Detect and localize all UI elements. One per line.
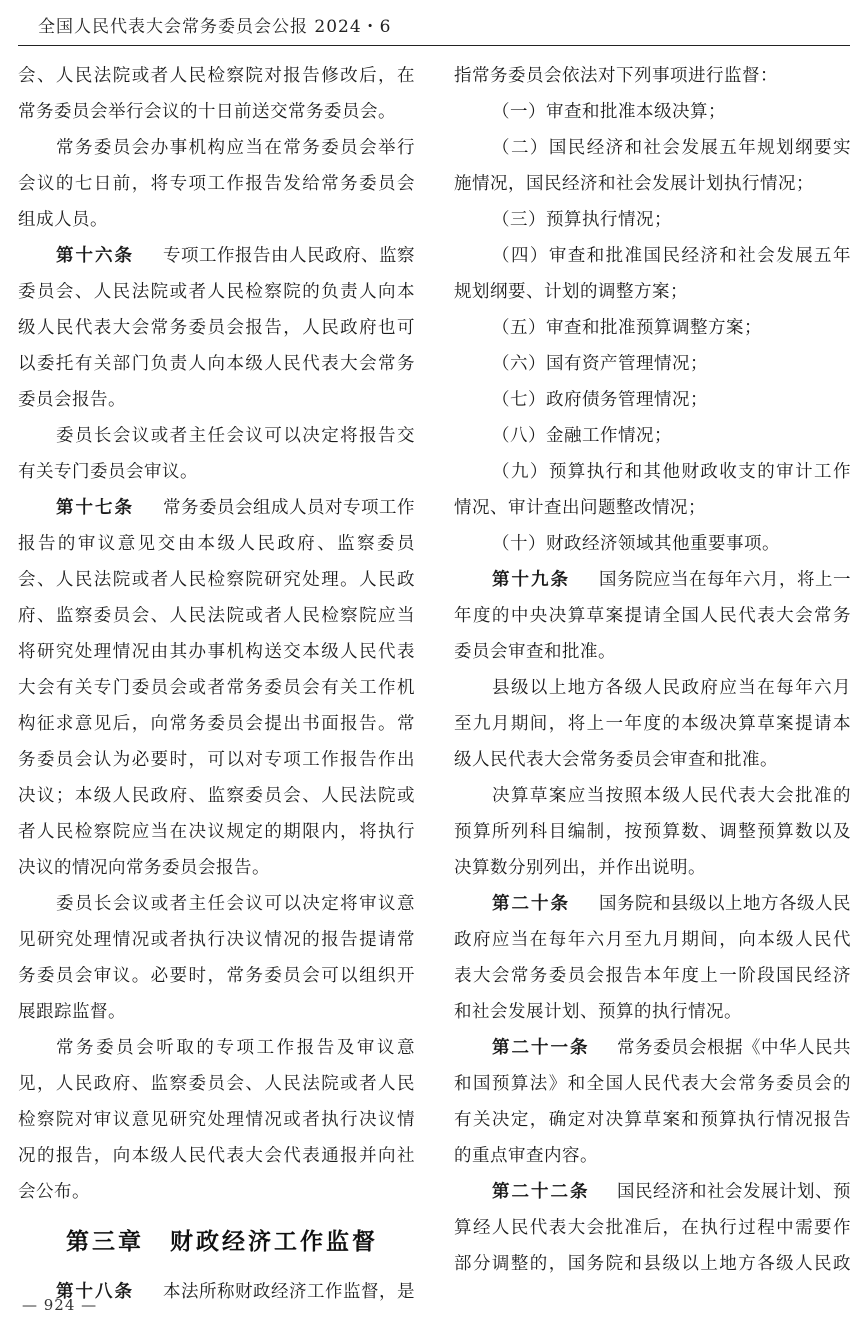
text-line: 务委员会审议。必要时，常务委员会可以组织开: [18, 958, 415, 994]
line-text: 决算草案应当按照本级人民代表大会批准的: [492, 786, 851, 806]
article-line: 第二十条国务院和县级以上地方各级人民: [454, 886, 851, 922]
left-column: 会、人民法院或者人民检察院对报告修改后，在常务委员会举行会议的十日前送交常务委员…: [18, 58, 415, 1310]
line-text: 和社会发展计划、预算的执行情况。: [454, 1002, 742, 1022]
text-line: 委员长会议或者主任会议可以决定将报告交: [18, 418, 415, 454]
page-header: 全国人民代表大会常务委员会公报 2024・6: [18, 0, 850, 46]
text-line: 年度的中央决算草案提请全国人民代表大会常务: [454, 598, 851, 634]
text-line: （二）国民经济和社会发展五年规划纲要实: [454, 130, 851, 166]
text-line: 务委员会认为必要时，可以对专项工作报告作出: [18, 742, 415, 778]
line-text: 构征求意见后，向常务委员会提出书面报告。常: [18, 714, 415, 734]
line-text: 会、人民法院或者人民检察院对报告修改后，在: [18, 66, 415, 86]
text-line: 决议；本级人民政府、监察委员会、人民法院或: [18, 778, 415, 814]
line-text: 表大会常务委员会报告本年度上一阶段国民经济: [454, 966, 851, 986]
line-text: 务委员会审议。必要时，常务委员会可以组织开: [18, 966, 415, 986]
text-line: 会公布。: [18, 1174, 415, 1210]
chapter-title: 财政经济工作监督: [170, 1229, 378, 1255]
line-text: 县级以上地方各级人民政府应当在每年六月: [492, 678, 851, 698]
text-line: 将研究处理情况由其办事机构送交本级人民代表: [18, 634, 415, 670]
line-text: 将研究处理情况由其办事机构送交本级人民代表: [18, 642, 415, 662]
line-text: （六）国有资产管理情况；: [492, 354, 708, 374]
line-text: 情况、审计查出问题整改情况；: [454, 498, 706, 518]
text-line: 委员会、人民法院或者人民检察院的负责人向本: [18, 274, 415, 310]
text-line: 施情况，国民经济和社会发展计划执行情况；: [454, 166, 851, 202]
right-column: 指常务委员会依法对下列事项进行监督：（一）审查和批准本级决算；（二）国民经济和社…: [454, 58, 851, 1282]
journal-title: 全国人民代表大会常务委员会公报 2024・6: [38, 12, 391, 37]
line-text: （五）审查和批准预算调整方案；: [492, 318, 762, 338]
text-line: 会、人民法院或者人民检察院研究处理。人民政: [18, 562, 415, 598]
text-line: 指常务委员会依法对下列事项进行监督：: [454, 58, 851, 94]
line-text: 决议；本级人民政府、监察委员会、人民法院或: [18, 786, 415, 806]
text-line: 况的报告，向本级人民代表大会代表通报并向社: [18, 1138, 415, 1174]
text-line: 展跟踪监督。: [18, 994, 415, 1030]
chapter-heading: 第三章财政经济工作监督: [18, 1210, 415, 1274]
article-line: 第二十一条常务委员会根据《中华人民共: [454, 1030, 851, 1066]
text-line: 的重点审查内容。: [454, 1138, 851, 1174]
line-text: 年度的中央决算草案提请全国人民代表大会常务: [454, 606, 851, 626]
text-line: 表大会常务委员会报告本年度上一阶段国民经济: [454, 958, 851, 994]
line-text: 况的报告，向本级人民代表大会代表通报并向社: [18, 1146, 415, 1166]
line-text: 委员长会议或者主任会议可以决定将审议意: [56, 894, 415, 914]
article-number: 第二十二条: [492, 1174, 590, 1210]
article-number: 第十七条: [56, 490, 134, 526]
text-line: （七）政府债务管理情况；: [454, 382, 851, 418]
text-line: 常务委员会办事机构应当在常务委员会举行: [18, 130, 415, 166]
text-line: 常务委员会听取的专项工作报告及审议意: [18, 1030, 415, 1066]
text-line: 县级以上地方各级人民政府应当在每年六月: [454, 670, 851, 706]
text-line: （八）金融工作情况；: [454, 418, 851, 454]
text-line: 见，人民政府、监察委员会、人民法院或者人民: [18, 1066, 415, 1102]
line-text: 国务院应当在每年六月，将上一: [599, 562, 851, 598]
line-text: 施情况，国民经济和社会发展计划执行情况；: [454, 174, 814, 194]
text-line: 大会有关专门委员会或者常务委员会有关工作机: [18, 670, 415, 706]
text-line: 决算草案应当按照本级人民代表大会批准的: [454, 778, 851, 814]
line-text: 部分调整的，国务院和县级以上地方各级人民政: [454, 1254, 851, 1274]
article-line: 第十六条专项工作报告由人民政府、监察: [18, 238, 415, 274]
line-text: 和国预算法》和全国人民代表大会常务委员会的: [454, 1074, 851, 1094]
article-line: 第十七条常务委员会组成人员对专项工作: [18, 490, 415, 526]
text-line: （十）财政经济领域其他重要事项。: [454, 526, 851, 562]
text-line: 有关专门委员会审议。: [18, 454, 415, 490]
text-line: 情况、审计查出问题整改情况；: [454, 490, 851, 526]
article-line: 第十九条国务院应当在每年六月，将上一: [454, 562, 851, 598]
page-number: — 924 —: [22, 1296, 97, 1314]
text-line: （四）审查和批准国民经济和社会发展五年: [454, 238, 851, 274]
line-text: 以委托有关部门负责人向本级人民代表大会常务: [18, 354, 415, 374]
text-line: 决算数分别列出，并作出说明。: [454, 850, 851, 886]
line-text: （十）财政经济领域其他重要事项。: [492, 534, 780, 554]
line-text: （八）金融工作情况；: [492, 426, 672, 446]
text-line: 政府应当在每年六月至九月期间，向本级人民代: [454, 922, 851, 958]
line-text: 见，人民政府、监察委员会、人民法院或者人民: [18, 1074, 415, 1094]
line-text: 常务委员会组成人员对专项工作: [163, 490, 415, 526]
line-text: 委员会、人民法院或者人民检察院的负责人向本: [18, 282, 415, 302]
text-line: （六）国有资产管理情况；: [454, 346, 851, 382]
line-text: 政府应当在每年六月至九月期间，向本级人民代: [454, 930, 851, 950]
text-line: 委员会报告。: [18, 382, 415, 418]
line-text: 有关专门委员会审议。: [18, 462, 198, 482]
text-line: 至九月期间，将上一年度的本级决算草案提请本: [454, 706, 851, 742]
text-line: 组成人员。: [18, 202, 415, 238]
line-text: 会议的七日前，将专项工作报告发给常务委员会: [18, 174, 415, 194]
line-text: 级人民代表大会常务委员会审查和批准。: [454, 750, 778, 770]
line-text: 检察院对审议意见研究处理情况或者执行决议情: [18, 1110, 415, 1130]
text-line: 委员长会议或者主任会议可以决定将审议意: [18, 886, 415, 922]
line-text: 组成人员。: [18, 210, 108, 230]
line-text: 国务院和县级以上地方各级人民: [599, 886, 851, 922]
line-text: 级人民代表大会常务委员会报告，人民政府也可: [18, 318, 415, 338]
text-line: 级人民代表大会常务委员会报告，人民政府也可: [18, 310, 415, 346]
article-number: 第十九条: [492, 562, 570, 598]
line-text: （七）政府债务管理情况；: [492, 390, 708, 410]
text-line: 规划纲要、计划的调整方案；: [454, 274, 851, 310]
text-line: 报告的审议意见交由本级人民政府、监察委员: [18, 526, 415, 562]
line-text: （二）国民经济和社会发展五年规划纲要实: [492, 138, 851, 158]
line-text: 决议的情况向常务委员会报告。: [18, 858, 270, 878]
line-text: 规划纲要、计划的调整方案；: [454, 282, 688, 302]
line-text: 委员长会议或者主任会议可以决定将报告交: [56, 426, 415, 446]
line-text: 至九月期间，将上一年度的本级决算草案提请本: [454, 714, 851, 734]
line-text: 指常务委员会依法对下列事项进行监督：: [454, 66, 778, 86]
text-line: 检察院对审议意见研究处理情况或者执行决议情: [18, 1102, 415, 1138]
text-line: 构征求意见后，向常务委员会提出书面报告。常: [18, 706, 415, 742]
line-text: 会、人民法院或者人民检察院研究处理。人民政: [18, 570, 415, 590]
line-text: 报告的审议意见交由本级人民政府、监察委员: [18, 534, 415, 554]
line-text: 国民经济和社会发展计划、预: [617, 1174, 851, 1210]
line-text: 算经人民代表大会批准后，在执行过程中需要作: [454, 1218, 851, 1238]
line-text: 决算数分别列出，并作出说明。: [454, 858, 706, 878]
line-text: 常务委员会办事机构应当在常务委员会举行: [56, 138, 415, 158]
line-text: 专项工作报告由人民政府、监察: [163, 238, 415, 274]
line-text: 的重点审查内容。: [454, 1146, 598, 1166]
article-number: 第二十条: [492, 886, 570, 922]
line-text: （一）审查和批准本级决算；: [492, 102, 726, 122]
line-text: 本法所称财政经济工作监督，是: [163, 1274, 415, 1310]
text-line: 决议的情况向常务委员会报告。: [18, 850, 415, 886]
text-line: 委员会审查和批准。: [454, 634, 851, 670]
line-text: 委员会报告。: [18, 390, 126, 410]
text-line: 级人民代表大会常务委员会审查和批准。: [454, 742, 851, 778]
text-line: 部分调整的，国务院和县级以上地方各级人民政: [454, 1246, 851, 1282]
line-text: 委员会审查和批准。: [454, 642, 616, 662]
line-text: 有关决定，确定对决算草案和预算执行情况报告: [454, 1110, 851, 1130]
line-text: 会公布。: [18, 1182, 90, 1202]
text-line: 算经人民代表大会批准后，在执行过程中需要作: [454, 1210, 851, 1246]
text-line: 以委托有关部门负责人向本级人民代表大会常务: [18, 346, 415, 382]
line-text: 者人民检察院应当在决议规定的期限内，将执行: [18, 822, 415, 842]
text-line: 会、人民法院或者人民检察院对报告修改后，在: [18, 58, 415, 94]
chapter-number: 第三章: [66, 1229, 144, 1255]
line-text: 常务委员会听取的专项工作报告及审议意: [56, 1038, 415, 1058]
line-text: （四）审查和批准国民经济和社会发展五年: [492, 246, 851, 266]
line-text: 常务委员会举行会议的十日前送交常务委员会。: [18, 102, 396, 122]
article-number: 第二十一条: [492, 1030, 590, 1066]
line-text: 大会有关专门委员会或者常务委员会有关工作机: [18, 678, 415, 698]
line-text: 展跟踪监督。: [18, 1002, 126, 1022]
text-line: （九）预算执行和其他财政收支的审计工作: [454, 454, 851, 490]
text-line: 和社会发展计划、预算的执行情况。: [454, 994, 851, 1030]
text-line: 见研究处理情况或者执行决议情况的报告提请常: [18, 922, 415, 958]
line-text: 务委员会认为必要时，可以对专项工作报告作出: [18, 750, 415, 770]
text-line: （三）预算执行情况；: [454, 202, 851, 238]
line-text: 预算所列科目编制，按预算数、调整预算数以及: [454, 822, 851, 842]
text-line: 府、监察委员会、人民法院或者人民检察院应当: [18, 598, 415, 634]
text-line: （一）审查和批准本级决算；: [454, 94, 851, 130]
article-line: 第二十二条国民经济和社会发展计划、预: [454, 1174, 851, 1210]
text-line: 会议的七日前，将专项工作报告发给常务委员会: [18, 166, 415, 202]
line-text: 常务委员会根据《中华人民共: [617, 1030, 851, 1066]
line-text: 府、监察委员会、人民法院或者人民检察院应当: [18, 606, 415, 626]
text-line: 常务委员会举行会议的十日前送交常务委员会。: [18, 94, 415, 130]
line-text: 见研究处理情况或者执行决议情况的报告提请常: [18, 930, 415, 950]
line-text: （九）预算执行和其他财政收支的审计工作: [492, 462, 851, 482]
article-number: 第十六条: [56, 238, 134, 274]
text-line: 和国预算法》和全国人民代表大会常务委员会的: [454, 1066, 851, 1102]
text-line: （五）审查和批准预算调整方案；: [454, 310, 851, 346]
text-line: 有关决定，确定对决算草案和预算执行情况报告: [454, 1102, 851, 1138]
text-line: 预算所列科目编制，按预算数、调整预算数以及: [454, 814, 851, 850]
text-line: 者人民检察院应当在决议规定的期限内，将执行: [18, 814, 415, 850]
line-text: （三）预算执行情况；: [492, 210, 672, 230]
